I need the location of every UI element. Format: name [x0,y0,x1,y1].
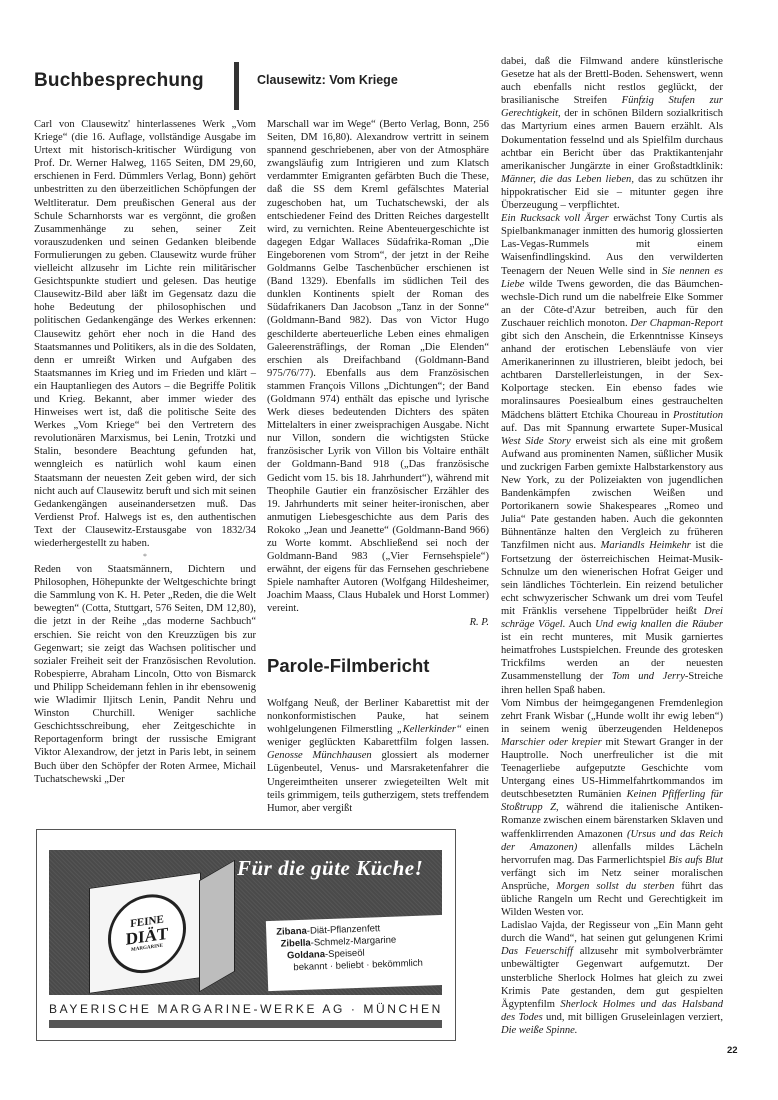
margarine-package: FEINE DIÄT MARGARINE [89,872,201,994]
film-paragraph: dabei, daß die Filmwand andere künstleri… [501,55,723,212]
ad-company-name: BAYERISCHE MARGARINE-WERKE AG · MÜNCHEN [37,1002,455,1016]
film-paragraph: Ladislao Vajda, der Regisseur von „Ein M… [501,919,723,1037]
film-paragraph: Vom Nimbus der heimgegangenen Fremdenleg… [501,697,723,920]
ad-product-card: Zibana-Diät-Pflanzenfett Zibella-Schmelz… [266,915,446,991]
review-paragraph: Marschall war im Wege“ (Berto Verlag, Bo… [267,118,489,616]
book-review-column-1: Carl von Clausewitz' hinterlassenes Werk… [34,118,256,786]
book-review-column-2: Marschall war im Wege“ (Berto Verlag, Bo… [267,118,489,629]
review-signature: R. P. [267,616,489,629]
header-divider [234,62,239,110]
section-separator: * [34,550,256,563]
film-report-title: Parole-Filmbericht [267,655,429,677]
page-header: Buchbesprechung Clausewitz: Vom Kriege [34,62,494,122]
section-title: Buchbesprechung [34,70,204,92]
film-report-column-2: Wolfgang Neuß, der Berliner Kabarettist … [267,697,489,815]
margarine-advertisement: Für die güte Küche! FEINE DIÄT MARGARINE… [36,829,456,1041]
ad-bottom-bar [49,1020,442,1028]
ad-banner: Für die güte Küche! FEINE DIÄT MARGARINE… [49,850,442,995]
feine-diat-seal-icon: FEINE DIÄT MARGARINE [108,889,186,978]
package-side-portrait-icon [199,860,235,993]
film-paragraph: Wolfgang Neuß, der Berliner Kabarettist … [267,697,489,815]
ad-slogan: Für die güte Küche! [237,856,423,881]
review-paragraph: Reden von Staatsmännern, Dichtern und Ph… [34,563,256,786]
review-paragraph: Carl von Clausewitz' hinterlassenes Werk… [34,118,256,550]
page-number: 22 [727,1045,738,1056]
article-subtitle: Clausewitz: Vom Kriege [257,73,398,87]
film-paragraph: Ein Rucksack voll Ärger erwächst Tony Cu… [501,212,723,696]
film-report-column-3: dabei, daß die Filmwand andere künstleri… [501,55,723,1037]
